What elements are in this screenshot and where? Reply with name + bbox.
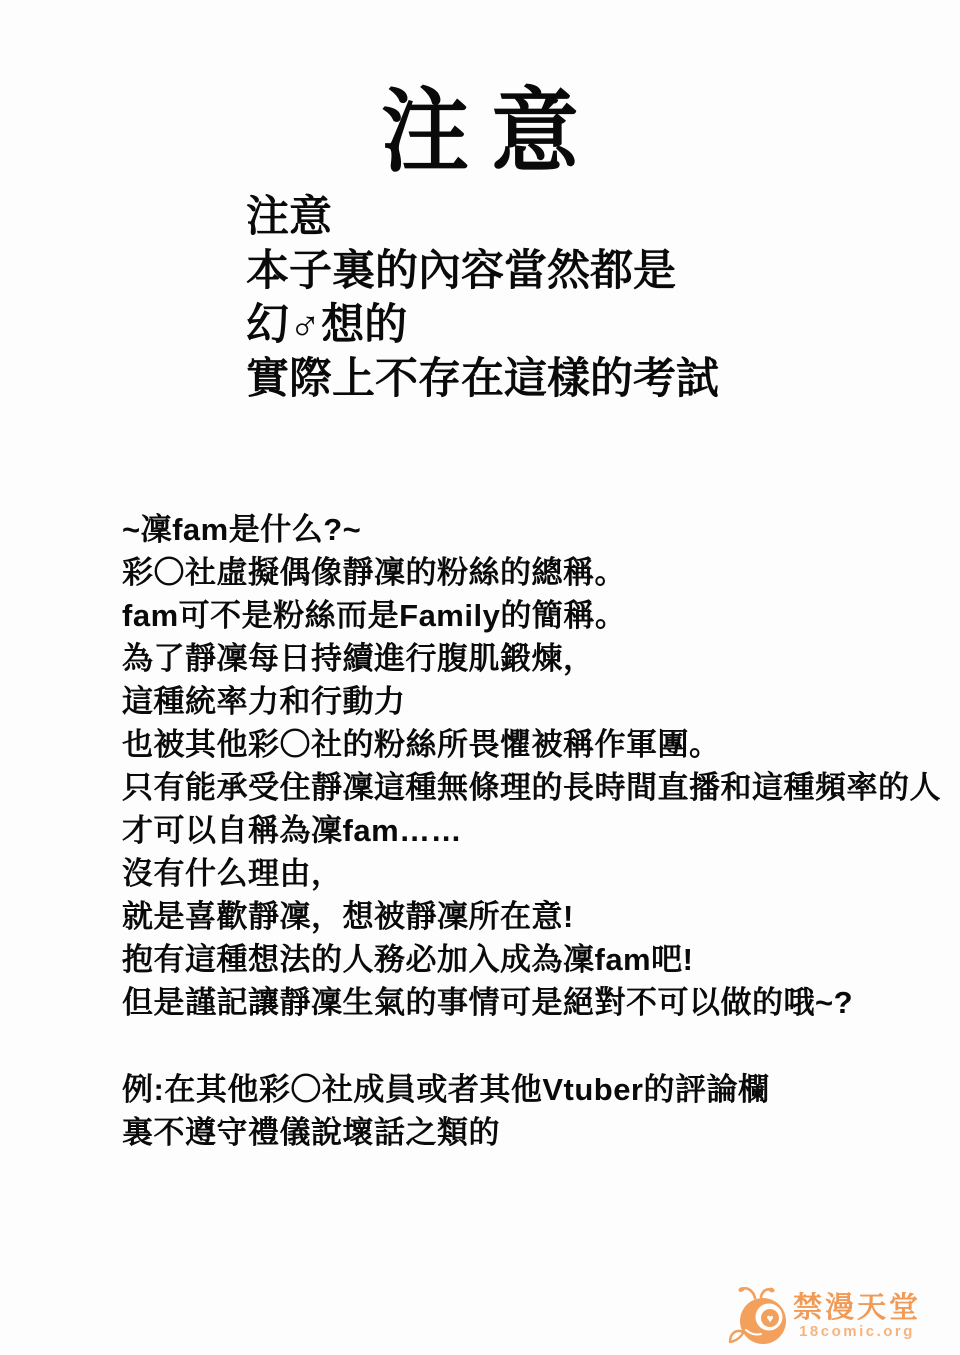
body-line: 抱有這種想法的人務必加入成為凜fam吧! bbox=[122, 938, 941, 981]
body-line: fam可不是粉絲而是Family的簡稱。 bbox=[122, 594, 941, 637]
notice-line: 注意 bbox=[246, 190, 719, 244]
example-line: 例:在其他彩〇社成員或者其他Vtuber的評論欄 bbox=[122, 1068, 770, 1111]
example-line: 裏不遵守禮儀說壞話之類的 bbox=[122, 1111, 770, 1154]
notice-block: 注意 本子裏的內容當然都是 幻♂想的 實際上不存在這樣的考試 bbox=[246, 190, 719, 406]
svg-text:♥: ♥ bbox=[766, 1312, 773, 1326]
body-line: 這種統率力和行動力 bbox=[122, 680, 941, 723]
body-line: ~凜fam是什么?~ bbox=[122, 508, 941, 551]
body-line: 彩〇社虛擬偶像靜凜的粉絲的總稱。 bbox=[122, 551, 941, 594]
body-line: 就是喜歡靜凜，想被靜凜所在意! bbox=[122, 895, 941, 938]
site-url: 18comic.org bbox=[799, 1324, 915, 1339]
notice-line: 實際上不存在這樣的考試 bbox=[246, 352, 719, 406]
body-line: 沒有什么理由， bbox=[122, 852, 941, 895]
notice-line: 本子裏的內容當然都是 bbox=[246, 244, 719, 298]
notice-line: 幻♂想的 bbox=[246, 298, 719, 352]
site-name: 禁漫天堂 bbox=[793, 1294, 921, 1323]
page-title: 注意 bbox=[0, 82, 960, 183]
site-watermark: ♥ 禁漫天堂 18comic.org bbox=[728, 1284, 921, 1348]
body-line: 也被其他彩〇社的粉絲所畏懼被稱作軍團。 bbox=[122, 723, 941, 766]
description-text: ~凜fam是什么?~ 彩〇社虛擬偶像靜凜的粉絲的總稱。 fam可不是粉絲而是Fa… bbox=[122, 508, 941, 1024]
brand-text: 禁漫天堂 18comic.org bbox=[793, 1294, 921, 1339]
whale-mascot-icon: ♥ bbox=[728, 1284, 792, 1348]
body-line: 只有能承受住靜凜這種無條理的長時間直播和這種頻率的人 bbox=[122, 766, 941, 809]
body-line: 為了靜凜每日持續進行腹肌鍛煉， bbox=[122, 637, 941, 680]
example-text: 例:在其他彩〇社成員或者其他Vtuber的評論欄 裏不遵守禮儀說壞話之類的 bbox=[122, 1068, 770, 1154]
body-line: 但是謹記讓靜凜生氣的事情可是絕對不可以做的哦~? bbox=[122, 981, 941, 1024]
body-line: 才可以自稱為凜fam…… bbox=[122, 809, 941, 852]
